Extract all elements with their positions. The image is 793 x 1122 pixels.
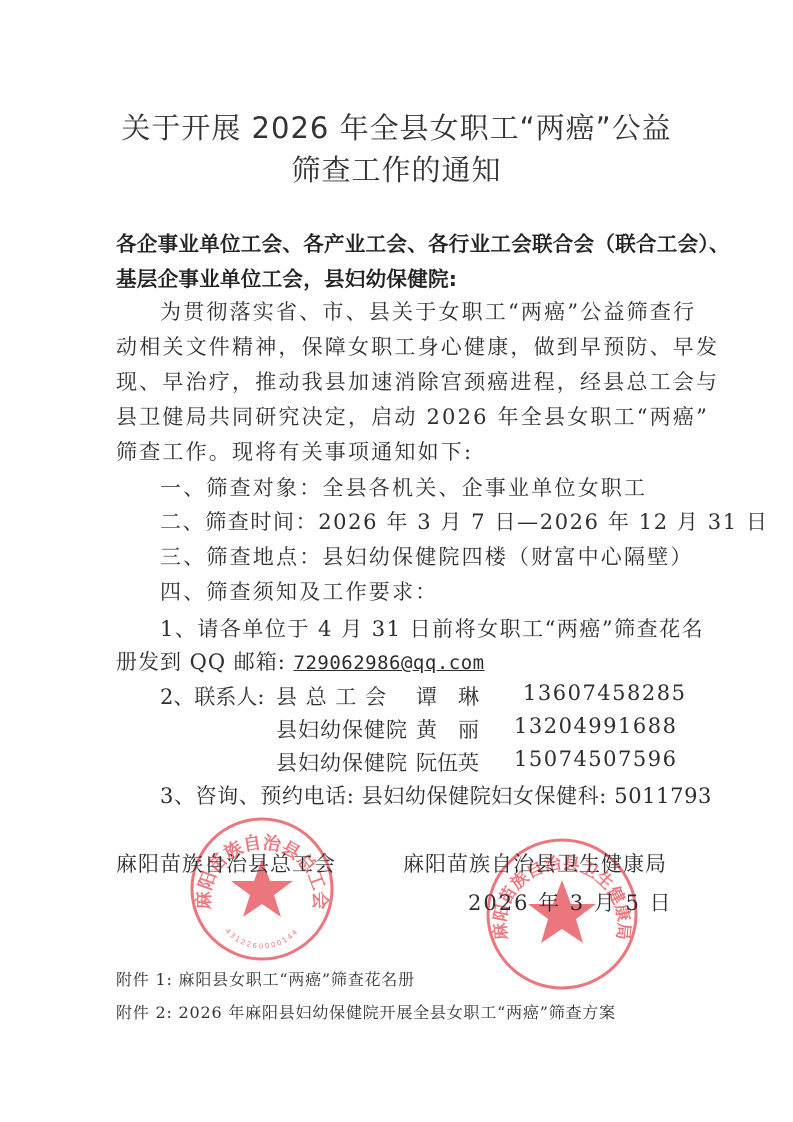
- section-time: 二、筛查时间：2026 年 3 月 7 日—2026 年 12 月 31 日: [160, 506, 769, 536]
- svg-text:4312260000144: 4312260000144: [223, 927, 300, 950]
- body-line: 现、早治疗，推动我县加速消除宫颈癌进程，经县总工会与: [116, 366, 719, 396]
- contact-name: 阮伍英: [416, 747, 479, 777]
- contact-phone: 15074507596: [514, 747, 677, 771]
- union-seal-stamp: 麻阳苗族自治县总工会 4312260000144: [188, 815, 336, 963]
- contact-org: 县妇幼保健院: [276, 714, 408, 744]
- requirement1-prefix: 册发到 QQ 邮箱:: [116, 650, 294, 674]
- signature-health-bureau: 麻阳苗族自治县卫生健康局: [403, 848, 667, 878]
- requirement1-line2: 册发到 QQ 邮箱: 729062986@qq.com: [116, 646, 485, 676]
- document-date: 2026 年 3 月 5 日: [468, 887, 673, 917]
- contact-phone: 13204991688: [514, 714, 677, 738]
- body-line: 县卫健局共同研究决定，启动 2026 年全县女职工“两癌”: [116, 401, 709, 431]
- contact-name: 黄 丽: [416, 714, 479, 744]
- contact-org: 县 总 工 会: [276, 681, 387, 711]
- body-line: 为贯彻落实省、市、县关于女职工“两癌”公益筛查行: [160, 296, 696, 326]
- attachment-2: 附件 2: 2026 年麻阳县妇幼保健院开展全县女职工“两癌”筛查方案: [116, 1000, 616, 1023]
- addressee-line2: 基层企事业单位工会，县妇幼保健院:: [116, 262, 457, 292]
- contact-name: 谭 琳: [416, 681, 479, 711]
- contacts-label: 2、联系人:: [160, 681, 264, 711]
- section-target: 一、筛查对象：全县各机关、企事业单位女职工: [160, 472, 647, 502]
- email-link[interactable]: 729062986@qq.com: [294, 652, 485, 674]
- document-title-line2: 筛查工作的通知: [0, 148, 793, 189]
- consult-line: 3、咨询、预约电话: 县妇幼保健院妇女保健科: 5011793: [160, 780, 712, 810]
- document-page: 关于开展 2026 年全县女职工“两癌”公益 筛查工作的通知 各企事业单位工会、…: [0, 0, 793, 1122]
- document-title-line1: 关于开展 2026 年全县女职工“两癌”公益: [0, 106, 793, 147]
- body-line: 筛查工作。现将有关事项通知如下:: [116, 436, 473, 466]
- section-requirements: 四、筛查须知及工作要求：: [160, 576, 438, 606]
- section-location: 三、筛查地点：县妇幼保健院四楼（财富中心隔壁）: [160, 541, 694, 571]
- attachment-1: 附件 1: 麻阳县女职工“两癌”筛查花名册: [116, 967, 415, 990]
- addressee-line1: 各企事业单位工会、各产业工会、各行业工会联合会（联合工会）、: [116, 227, 730, 257]
- contact-phone: 13607458285: [523, 681, 686, 705]
- contact-org: 县妇幼保健院: [276, 747, 408, 777]
- signature-union: 麻阳苗族自治县总工会: [116, 848, 336, 878]
- body-line: 动相关文件精神，保障女职工身心健康，做到早预防、早发: [116, 331, 719, 361]
- requirement1-line1: 1、请各单位于 4 月 31 日前将女职工“两癌”筛查花名: [160, 613, 704, 643]
